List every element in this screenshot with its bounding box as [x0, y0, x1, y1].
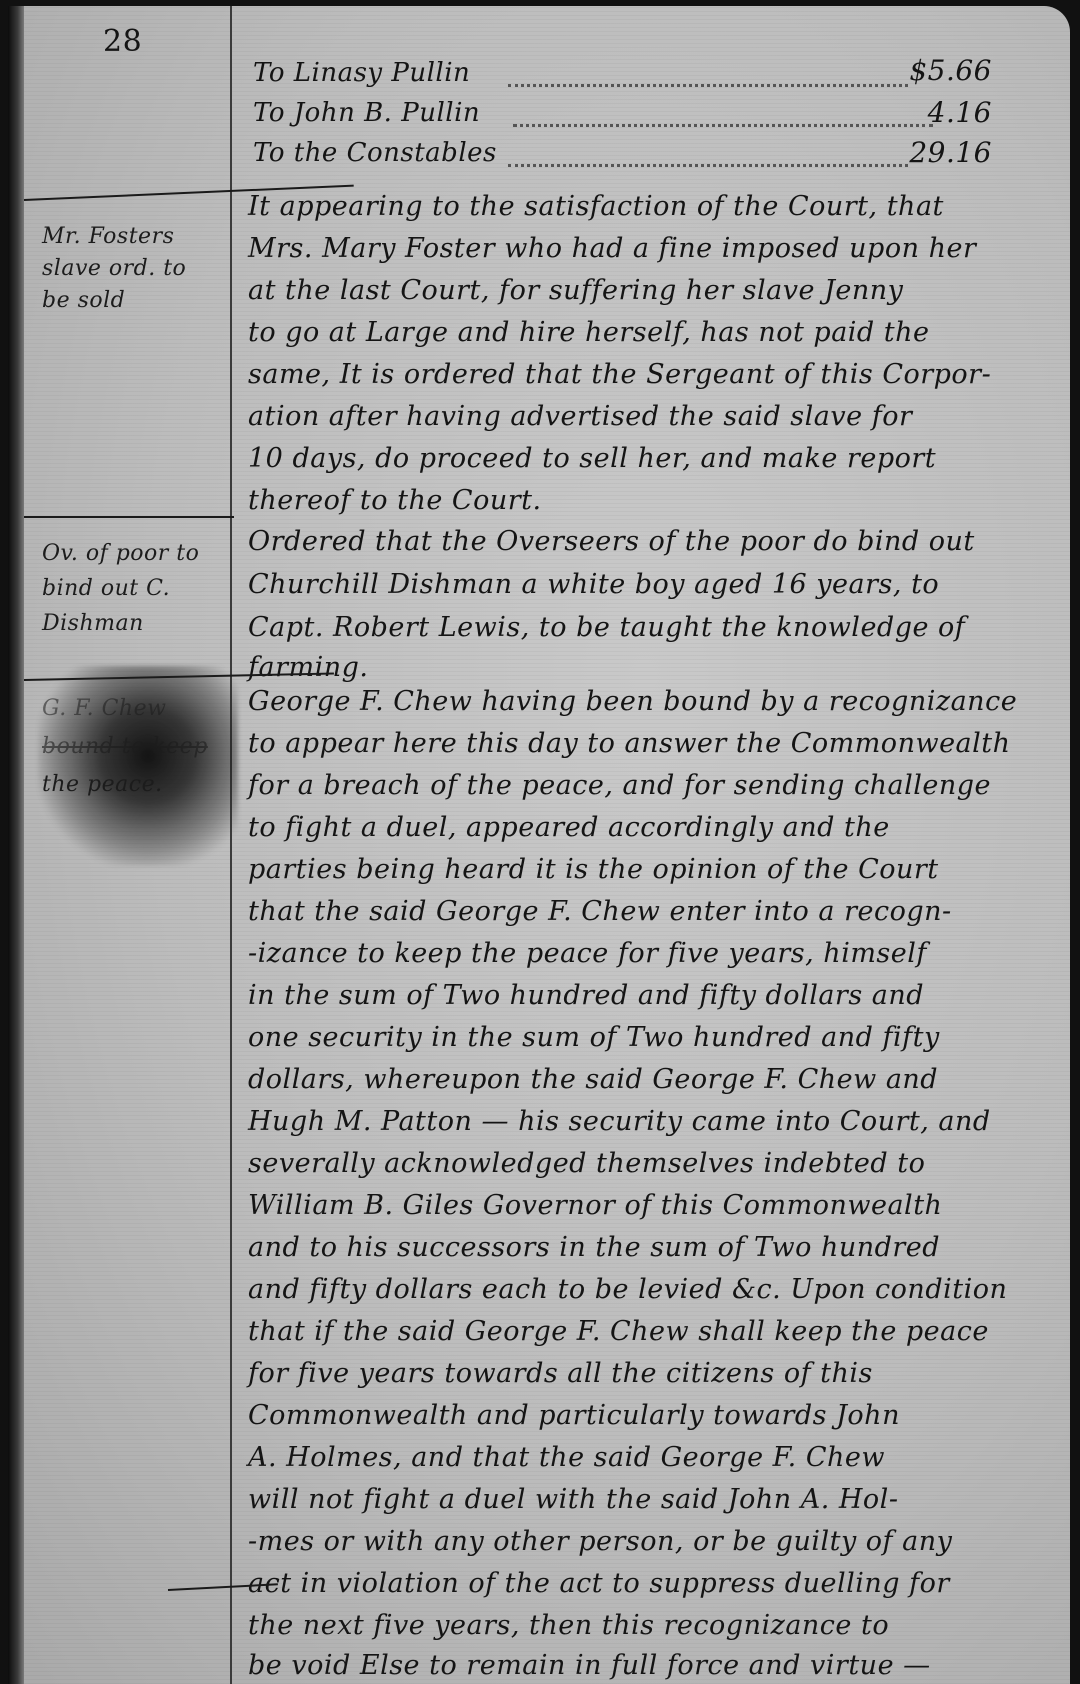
entry-line: 10 days, do proceed to sell her, and mak…: [248, 443, 936, 474]
margin-note-line: Mr. Fosters: [42, 224, 174, 249]
entry-line: Churchill Dishman a white boy aged 16 ye…: [248, 569, 939, 600]
account-amount: $5.66: [909, 54, 992, 87]
entry-line: will not fight a duel with the said John…: [248, 1484, 898, 1515]
entry-line: Hugh M. Patton — his security came into …: [248, 1106, 991, 1137]
entry-line: farming.: [248, 652, 369, 683]
entry-line: at the last Court, for suffering her sla…: [248, 275, 903, 306]
entry-line: be void Else to remain in full force and…: [248, 1650, 931, 1681]
dotted-leader: [513, 124, 933, 127]
entry-line: that if the said George F. Chew shall ke…: [248, 1316, 989, 1347]
entry-line: parties being heard it is the opinion of…: [248, 854, 939, 885]
entry-line: -mes or with any other person, or be gui…: [248, 1526, 952, 1557]
margin-note-line: the peace.: [42, 772, 163, 797]
entry-line: same, It is ordered that the Sergeant of…: [248, 359, 991, 390]
margin-note-line: Dishman: [42, 611, 144, 636]
margin-note-line: bound to keep: [42, 734, 208, 759]
entry-line: severally acknowledged themselves indebt…: [248, 1148, 925, 1179]
entry-line: for a breach of the peace, and for sendi…: [248, 770, 991, 801]
entry-line: William B. Giles Governor of this Common…: [248, 1190, 942, 1221]
entry-line: to go at Large and hire herself, has not…: [248, 317, 930, 348]
margin-note-line: slave ord. to: [42, 256, 186, 281]
entry-line: dollars, whereupon the said George F. Ch…: [248, 1064, 938, 1095]
account-amount: 29.16: [909, 136, 992, 169]
entry-line: to appear here this day to answer the Co…: [248, 728, 1011, 759]
account-amount: 4.16: [928, 96, 992, 129]
entry-line: Ordered that the Overseers of the poor d…: [248, 526, 975, 557]
entry-line: thereof to the Court.: [248, 485, 542, 516]
margin-note-line: bind out C.: [42, 576, 170, 601]
entry-line: Capt. Robert Lewis, to be taught the kno…: [248, 612, 965, 643]
account-label: To John B. Pullin: [253, 98, 480, 128]
page-number: 28: [103, 24, 142, 59]
entry-line: and fifty dollars each to be levied &c. …: [248, 1274, 1007, 1305]
entry-line: act in violation of the act to suppress …: [248, 1568, 950, 1599]
entry-line: -izance to keep the peace for five years…: [248, 938, 927, 969]
binding-edge: [8, 6, 24, 1684]
dotted-leader: [508, 84, 908, 87]
entry-line: that the said George F. Chew enter into …: [248, 896, 952, 927]
margin-note-line: G. F. Chew: [42, 696, 166, 721]
margin-note-line: be sold: [42, 288, 125, 313]
entry-line: ation after having advertised the said s…: [248, 401, 912, 432]
entry-line: It appearing to the satisfaction of the …: [248, 191, 944, 222]
margin-note-line: Ov. of poor to: [42, 541, 199, 566]
entry-divider: [24, 516, 234, 518]
entry-line: and to his successors in the sum of Two …: [248, 1232, 940, 1263]
ledger-page: 28 To Linasy Pullin $5.66 To John B. Pul…: [8, 6, 1070, 1684]
entry-line: for five years towards all the citizens …: [248, 1358, 873, 1389]
entry-line: the next five years, then this recogniza…: [248, 1610, 889, 1641]
entry-line: A. Holmes, and that the said George F. C…: [248, 1442, 885, 1473]
entry-line: one security in the sum of Two hundred a…: [248, 1022, 940, 1053]
account-label: To the Constables: [253, 138, 497, 168]
entry-line: to fight a duel, appeared accordingly an…: [248, 812, 890, 843]
entry-line: Mrs. Mary Foster who had a fine imposed …: [248, 233, 976, 264]
entry-line: Commonwealth and particularly towards Jo…: [248, 1400, 900, 1431]
entry-line: in the sum of Two hundred and fifty doll…: [248, 980, 924, 1011]
dotted-leader: [508, 164, 908, 167]
entry-line: George F. Chew having been bound by a re…: [248, 686, 1017, 717]
account-label: To Linasy Pullin: [253, 58, 470, 88]
